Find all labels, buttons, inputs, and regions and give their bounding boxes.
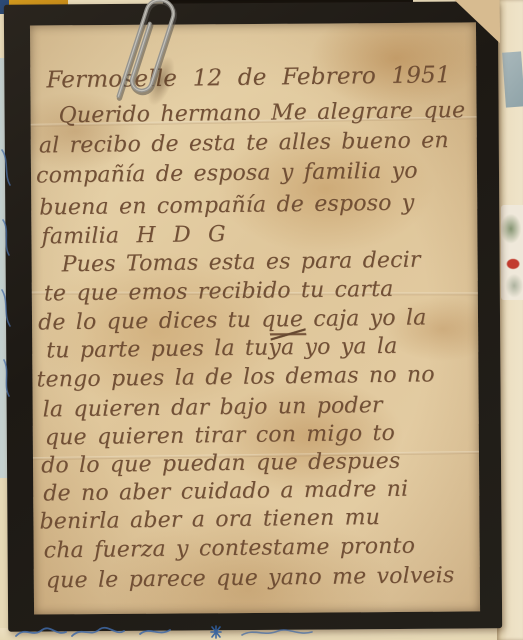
handwriting-line: buena en compañía de esposo y: [39, 191, 414, 221]
stamp-fragment: [501, 205, 523, 300]
handwriting-line: do lo que puedan que despues: [41, 449, 401, 479]
blue-handwriting-left-icon: [0, 130, 13, 430]
handwriting-line: tu parte pues la tuya yo ya la: [46, 334, 397, 364]
letter-photo: Fermoselle 12 de Febrero 1951 Querido he…: [4, 1, 502, 631]
handwriting-line: te que emos recibido tu carta: [44, 277, 394, 307]
handwriting-line: benirla aber a ora tienen mu: [39, 505, 380, 534]
blue-handwriting-bottom-icon: [12, 624, 342, 640]
handwriting-line: que quieren tirar con migo to: [45, 421, 395, 451]
handwriting-line: cha fuerza y contestame pronto: [44, 534, 416, 564]
handwriting-line: al recibo de esta te alles bueno en: [39, 128, 449, 158]
handwriting-line: tengo pues la de los demas no no: [36, 362, 435, 392]
photo-of-letter: { "letter": { "date_line": "Fermoselle 1…: [0, 0, 523, 640]
letter-paper: Fermoselle 12 de Febrero 1951 Querido he…: [30, 22, 480, 614]
handwriting-line: la quieren dar bajo un poder: [43, 393, 383, 422]
handwriting-line: familia H D G: [41, 222, 226, 249]
handwriting-line: que le parece que yano me volveis: [46, 563, 455, 593]
handwriting-line: de no aber cuidado a madre ni: [43, 477, 408, 507]
grey-paper-fragment: [502, 51, 523, 107]
handwriting-line: Pues Tomas esta es para decir: [62, 248, 421, 278]
handwriting-line: de lo que dices tu que caja yo la: [38, 305, 427, 335]
handwriting-line: compañía de esposa y familia yo: [36, 159, 418, 189]
